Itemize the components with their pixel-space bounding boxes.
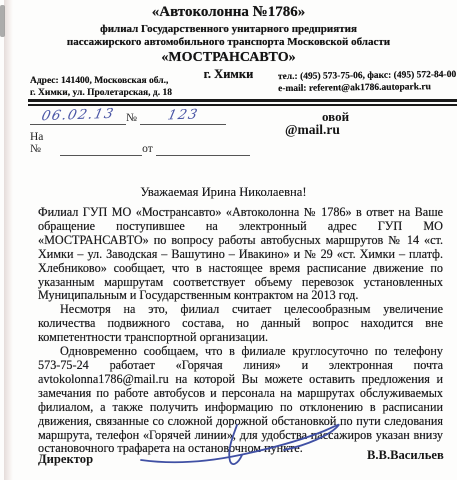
outgoing-number-row: 06.02.13 № 123 bbox=[30, 107, 250, 125]
org-email: e-mail: referent@ak1786.autopark.ru bbox=[278, 81, 456, 95]
signature-scrawl bbox=[138, 419, 350, 467]
number-field: 123 bbox=[140, 107, 226, 125]
signature-name: В.В.Васильев bbox=[367, 448, 444, 463]
number-sign-label: № bbox=[126, 112, 140, 125]
org-subtitle-line2: пассажирского автомобильного транспорта … bbox=[0, 36, 457, 49]
salutation: Уважаемая Ирина Николаевна! bbox=[0, 185, 447, 200]
scanned-letter-page: «Автоколонна №1786» филиал Государственн… bbox=[0, 0, 457, 480]
handwritten-date: 06.02.13 bbox=[40, 106, 116, 125]
incoming-number-row: На № от bbox=[30, 131, 250, 156]
date-field: 06.02.13 bbox=[30, 107, 126, 125]
org-subtitle-line1: филиал Государственного унитарного предп… bbox=[0, 23, 457, 36]
org-address-line2: г. Химки, ул. Пролетарская, д. 18 bbox=[30, 88, 172, 100]
body-paragraph-1: Филиал ГУП МО «Мострансавто» «Автоколонн… bbox=[38, 206, 443, 303]
org-address-line1: Адрес: 141400, Московская обл., bbox=[30, 76, 172, 88]
reply-number-blank bbox=[60, 141, 142, 156]
addressee-email-fragment: @mail.ru bbox=[285, 122, 340, 138]
letterhead-rule-thick bbox=[28, 99, 457, 102]
org-name: «Автоколонна №1786» bbox=[0, 4, 457, 21]
reply-to-label: На № bbox=[30, 131, 60, 156]
org-contact-block: тел.: (495) 573-75-06, факс: (495) 572-8… bbox=[278, 69, 457, 95]
reply-from-label: от bbox=[142, 143, 156, 156]
body-paragraph-2: Несмотря на это, филиал считает целесооб… bbox=[38, 303, 443, 345]
signature-position-title: Директор bbox=[38, 452, 93, 467]
org-address-block: Адрес: 141400, Московская обл., г. Химки… bbox=[30, 76, 172, 99]
reference-block: 06.02.13 № 123 На № от bbox=[30, 107, 250, 162]
org-brand: «МОСТРАНСАВТО» bbox=[0, 50, 457, 65]
handwritten-number: 123 bbox=[166, 106, 200, 123]
reply-date-blank bbox=[156, 141, 250, 156]
